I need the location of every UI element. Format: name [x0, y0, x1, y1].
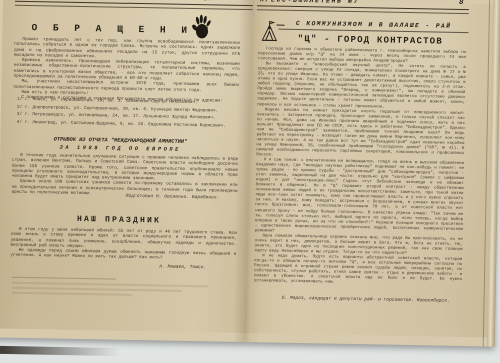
paragraph: В течение года значительное улучшение си… — [12, 153, 238, 184]
right-page: ПРЕСС-БЮЛЛЕТЕНЬ №7 8 С КОММУНИЗМОМ И В Ш… — [247, 0, 493, 337]
right-page-number: 8 — [459, 0, 464, 7]
paragraph: Вы въезжаете в "новосибирский научный це… — [257, 62, 466, 111]
right-header-rule — [257, 5, 469, 14]
left-header-rule — [15, 1, 253, 10]
holiday-title: НАШ ПРАЗДНИК — [9, 214, 229, 227]
ghost-text-line — [12, 292, 132, 297]
article-body: Господа из горкома и обыватели райвоенко… — [254, 47, 466, 288]
right-bulletin-header: ПРЕСС-БЮЛЛЕТЕНЬ №7 — [260, 0, 359, 5]
article-signature: О. Мороз, кандидат в депутаты рай- и гор… — [282, 296, 450, 304]
holiday-body: В этом году у меня небольшой юбилей: 55 … — [10, 227, 237, 263]
contrast-title: "Ц" - ГОРОД КОНТРАСТОВ — [270, 33, 470, 47]
appeal-body: Прошло тринадцать лет с тех пор, как гру… — [13, 37, 240, 105]
paragraph: Я и сам таков: с впечатлением не возвращ… — [255, 158, 464, 238]
amnesty-body: В течение года значительное улучшение си… — [11, 153, 238, 200]
paragraph: Жидкие месива из комнат приходится носит… — [256, 108, 465, 162]
address-list: 1/ г. Минск, ул. Первомайская, 10, кв. 1… — [17, 97, 240, 132]
book-spread: 7 ПРЕСС-БЮЛЛЕТЕНЬ №7 О Б Р А Щ Е Н И Е П… — [0, 0, 500, 347]
address-item: 4/ г. Ленинград, ул. Салтыкова-Щедрина, … — [17, 120, 239, 129]
holiday-signature: А. Мамаев, Томск. — [159, 264, 206, 270]
paragraph: И не надо думать, будто есть варианты аб… — [254, 254, 463, 288]
slogan: С КОММУНИЗМОМ И В ШАЛАШЕ - РАЙ — [279, 20, 469, 33]
amnesty-signature: Подготовил Н. Овсиенко. Барабинск. — [126, 194, 220, 201]
left-page: 7 ПРЕСС-БЮЛЛЕТЕНЬ №7 О Б Р А Щ Е Н И Е П… — [0, 0, 253, 333]
footnote-rule — [12, 277, 116, 280]
page-stack-shadow — [0, 346, 120, 356]
amnesty-title-line2: ЗА 1988 ГОД ПО ЕВРОПЕ — [8, 144, 232, 154]
